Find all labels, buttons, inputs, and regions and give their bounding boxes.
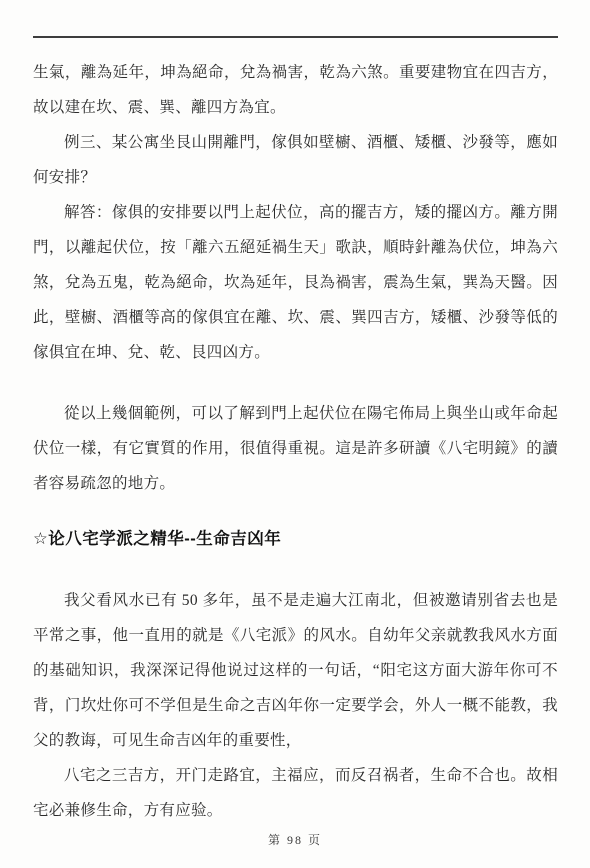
document-page: 生氣，離為延年，坤為絕命，兌為禍害，乾為六煞。重要建物宜在四吉方，故以建在坎、震… <box>0 0 590 868</box>
paragraph-continuation: 生氣，離為延年，坤為絕命，兌為禍害，乾為六煞。重要建物宜在四吉方，故以建在坎、震… <box>33 55 558 125</box>
page-number: 第 98 页 <box>0 831 590 848</box>
paragraph-example-3: 例三、某公寓坐艮山開離門，傢俱如壁櫥、酒櫃、矮櫃、沙發等，應如何安排？ <box>33 125 558 195</box>
section-heading: ☆论八宅学派之精华--生命吉凶年 <box>33 525 558 553</box>
header-rule <box>33 36 558 38</box>
paragraph-three-lucky-directions: 八宅之三吉方，开门走路宜，主福应，而反召祸者，生命不合也。故相宅必兼修生命，方有… <box>33 758 558 828</box>
paragraph-answer: 解答：傢俱的安排要以門上起伏位，高的擺吉方，矮的擺凶方。離方開門，以離起伏位，按… <box>33 195 558 370</box>
paragraph-summary: 從以上幾個範例，可以了解到門上起伏位在陽宅佈局上與坐山或年命起伏位一樣，有它實質… <box>33 396 558 501</box>
paragraph-father-fengshui: 我父看风水已有 50 多年，虽不是走遍大江南北，但被邀请别省去也是平常之事，他一… <box>33 583 558 758</box>
